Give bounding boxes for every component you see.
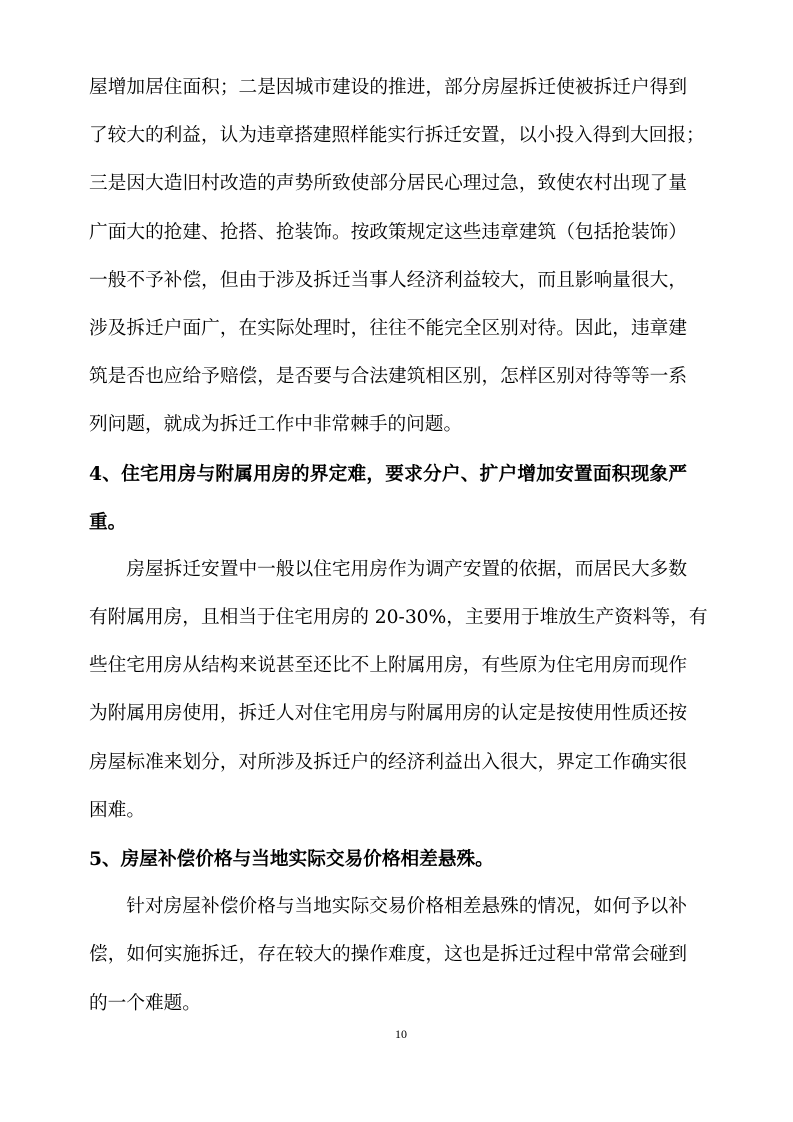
text-line: 一般不予补偿，但由于涉及拆迁当事人经济利益较大，而且影响量很大， xyxy=(89,257,687,305)
text-line: 困难。 xyxy=(89,787,687,835)
text-line: 针对房屋补偿价格与当地实际交易价格相差悬殊的情况，如何予以补 xyxy=(89,883,687,931)
text-line: 有附属用房，且相当于住宅用房的 20-30%，主要用于堆放生产资料等，有 xyxy=(89,594,687,642)
text-line: 筑是否也应给予赔偿，是否要与合法建筑相区别，怎样区别对待等等一系 xyxy=(89,353,687,401)
text-line: 三是因大造旧村改造的声势所致使部分居民心理过急，致使农村出现了量 xyxy=(89,160,687,208)
text-line: 屋增加居住面积；二是因城市建设的推进，部分房屋拆迁使被拆迁户得到 xyxy=(89,64,687,112)
heading-line: 5、房屋补偿价格与当地实际交易价格相差悬殊。 xyxy=(89,835,687,883)
text-line: 偿，如何实施拆迁，存在较大的操作难度，这也是拆迁过程中常常会碰到 xyxy=(89,931,687,979)
section-heading-4: 4、住宅用房与附属用房的界定难，要求分户、扩户增加安置面积现象严 重。 xyxy=(89,450,687,546)
paragraph-section-5: 针对房屋补偿价格与当地实际交易价格相差悬殊的情况，如何予以补 偿，如何实施拆迁，… xyxy=(89,883,687,1028)
heading-line: 重。 xyxy=(89,498,687,546)
paragraph-continuation: 屋增加居住面积；二是因城市建设的推进，部分房屋拆迁使被拆迁户得到 了较大的利益，… xyxy=(89,64,687,450)
section-heading-5: 5、房屋补偿价格与当地实际交易价格相差悬殊。 xyxy=(89,835,687,883)
text-line: 为附属用房使用，拆迁人对住宅用房与附属用房的认定是按使用性质还按 xyxy=(89,690,687,738)
text-line: 列问题，就成为拆迁工作中非常棘手的问题。 xyxy=(89,401,687,449)
text-line: 涉及拆迁户面广，在实际处理时，往往不能完全区别对待。因此，违章建 xyxy=(89,305,687,353)
paragraph-section-4: 房屋拆迁安置中一般以住宅用房作为调产安置的依据，而居民大多数 有附属用房，且相当… xyxy=(89,546,687,835)
text-line: 广面大的抢建、抢搭、抢装饰。按政策规定这些违章建筑（包括抢装饰） xyxy=(89,209,687,257)
document-page: 屋增加居住面积；二是因城市建设的推进，部分房屋拆迁使被拆迁户得到 了较大的利益，… xyxy=(0,0,793,1122)
text-line: 房屋拆迁安置中一般以住宅用房作为调产安置的依据，而居民大多数 xyxy=(89,546,687,594)
text-line: 些住宅用房从结构来说甚至还比不上附属用房，有些原为住宅用房而现作 xyxy=(89,642,687,690)
text-line: 的一个难题。 xyxy=(89,980,687,1028)
text-line: 了较大的利益，认为违章搭建照样能实行拆迁安置，以小投入得到大回报； xyxy=(89,112,687,160)
page-number: 10 xyxy=(386,1026,416,1042)
text-line: 房屋标准来划分，对所涉及拆迁户的经济利益出入很大，界定工作确实很 xyxy=(89,739,687,787)
page-content: 屋增加居住面积；二是因城市建设的推进，部分房屋拆迁使被拆迁户得到 了较大的利益，… xyxy=(89,64,687,1028)
heading-line: 4、住宅用房与附属用房的界定难，要求分户、扩户增加安置面积现象严 xyxy=(89,450,687,498)
